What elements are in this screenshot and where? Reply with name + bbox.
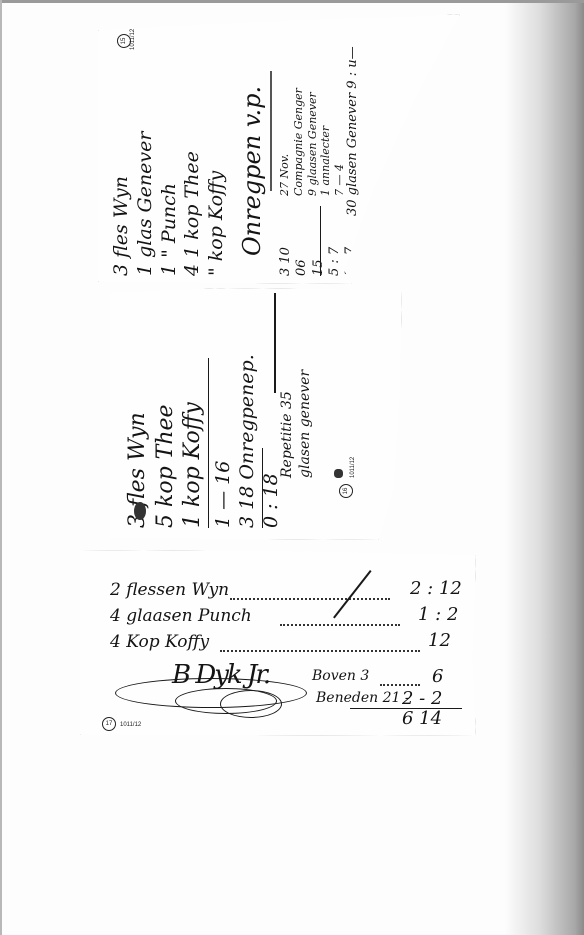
- slip-15-catalog-ref: 1011/12: [130, 29, 136, 50]
- scan-top-edge: [0, 0, 584, 3]
- slip-17-total: 6 14: [402, 708, 442, 729]
- slip-15-items: 3 fles Wyn 1 glas Genever 1 " Punch 4 1 …: [110, 132, 229, 276]
- slip-15-line: 3 fles Wyn: [110, 132, 134, 276]
- leader-dots: [230, 598, 390, 600]
- slip-15-payee: Onregpen v.p.: [238, 86, 266, 256]
- ink-blot: [334, 469, 343, 478]
- signature: B Dyk Jr.: [172, 660, 269, 690]
- slip-17-number: 17: [102, 710, 116, 731]
- slip-16-catalog-ref: 1011/12: [350, 457, 356, 478]
- slip-17-subtotal-amount: 6: [432, 666, 443, 687]
- slip-16-line: 1 kop Koffy: [179, 402, 207, 528]
- slip-17-item-amount: 2 : 12: [410, 578, 462, 599]
- scanned-page: 3 fles Wyn 1 glas Genever 1 " Punch 4 1 …: [0, 0, 584, 935]
- slip-17-catalog-ref: 1011/12: [120, 722, 141, 728]
- receipt-slip-17: 2 flessen Wyn 2 : 12 4 glaasen Punch 1 :…: [80, 550, 476, 736]
- slip-15-line: 4 1 kop Thee: [181, 132, 205, 276]
- ink-blot: [134, 502, 146, 520]
- slip-17-item-label: 4 Kop Koffy: [110, 632, 209, 652]
- slip-15-line: 1 " Punch: [158, 132, 182, 276]
- leader-dots: [280, 624, 400, 626]
- leader-dots: [380, 684, 420, 686]
- slip-15-note: 27 Nov. Compagnie Genger 9 glaasen Genev…: [278, 88, 347, 196]
- receipt-slip-15: 3 fles Wyn 1 glas Genever 1 " Punch 4 1 …: [98, 14, 460, 284]
- scan-left-edge: [0, 0, 2, 935]
- slip-17-item-label: 2 flessen Wyn: [110, 580, 229, 600]
- slip-number-badge: 16: [339, 484, 353, 498]
- slip-15-line: 1 glas Genever: [134, 132, 158, 276]
- leader-dots: [220, 650, 420, 652]
- slip-15-genever-total: 30 glasen Genever 9 : u—: [345, 46, 360, 216]
- slip-16-rule: [208, 358, 209, 528]
- slip-17-subtotal-amount: 2 - 2: [402, 688, 442, 709]
- slip-17-item-label: 4 glaasen Punch: [110, 606, 252, 626]
- slip-number-badge: 15: [117, 34, 131, 48]
- slip-15-number: 15: [110, 34, 131, 48]
- strike-mark: [333, 570, 372, 619]
- slip-15-sum-rule: [320, 206, 321, 276]
- slip-16-figures: 1 — 16 3 18 Onregpenep. 0 : 18: [212, 354, 283, 528]
- slip-17-subtotal-label: Beneden 21 -: [316, 690, 410, 706]
- slip-16-line: 5 kop Thee: [152, 402, 180, 528]
- slip-17-item-amount: 1 : 2: [418, 604, 458, 625]
- slip-16-sum-rule: [262, 448, 263, 528]
- signature-flourish: [220, 690, 282, 718]
- slip-17-subtotal-label: Boven 3: [312, 668, 369, 684]
- slip-15-line: " kop Koffy: [205, 132, 229, 276]
- slip-17-item-amount: 12: [428, 630, 451, 651]
- slip-15-separator: [270, 71, 272, 191]
- slip-16-note: Repetitie 35 glasen genever: [279, 370, 314, 478]
- slip-15-figures: 3 10 06 15 5 : 7 3 : 7: [278, 247, 359, 276]
- receipt-slip-16: 3 fles Wyn 5 kop Thee 1 kop Koffy 1 — 16…: [110, 288, 402, 540]
- slip-number-badge: 17: [102, 717, 116, 731]
- slip-16-separator: [274, 293, 276, 393]
- slip-16-number: 16: [332, 484, 353, 498]
